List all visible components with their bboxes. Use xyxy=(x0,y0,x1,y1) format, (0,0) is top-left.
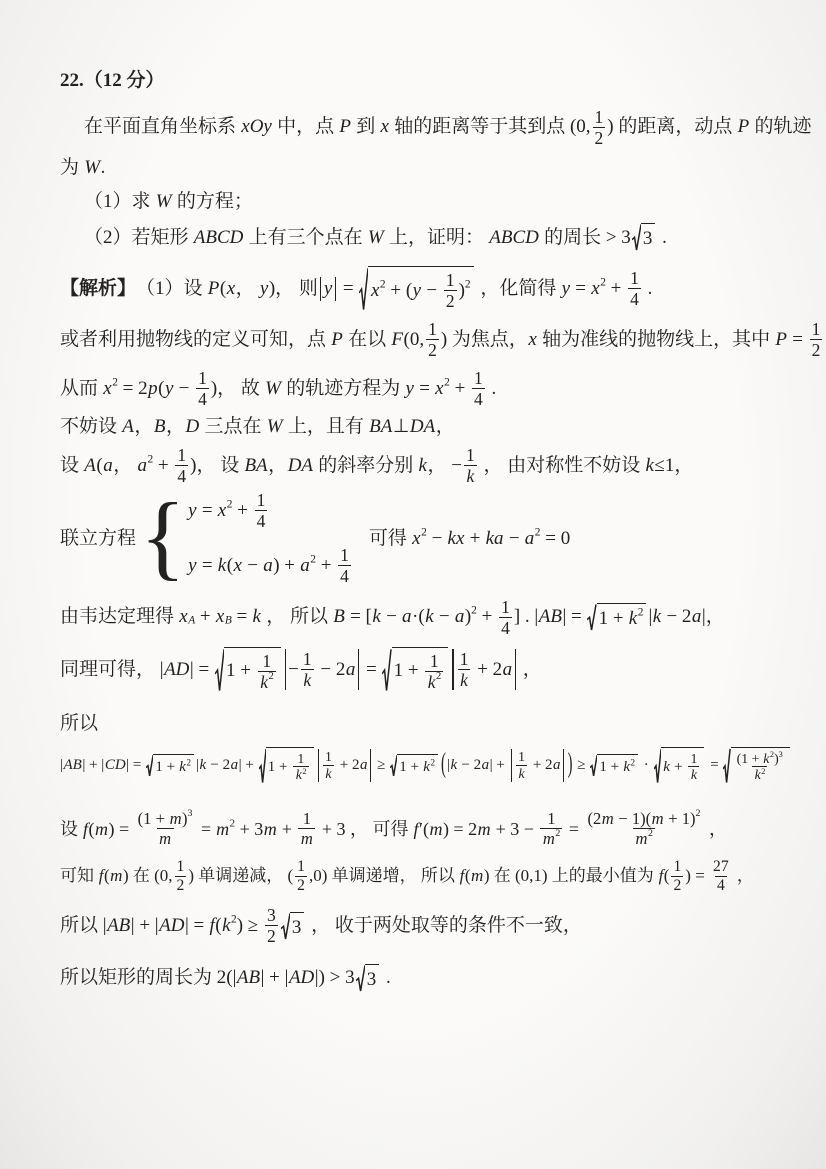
text-run: 1 xyxy=(812,319,821,339)
fraction-numerator: 1 xyxy=(295,858,307,876)
text-run: 1 xyxy=(518,749,525,765)
text-run: |， xyxy=(702,604,725,630)
equation-system: {y = x2 + 14y = k(x − a) + a2 + 14 xyxy=(140,489,353,587)
math-variable: m xyxy=(110,865,123,888)
math-variable: a xyxy=(454,604,465,630)
text-run: − 2 xyxy=(207,755,230,775)
math-variable: x xyxy=(217,498,226,524)
radicand: 1 + 1k2 xyxy=(392,647,449,693)
text-run: ， xyxy=(436,414,455,440)
text-run: 2 xyxy=(446,291,455,311)
text-run: ) 单调递减， ( xyxy=(188,865,293,888)
text-run: − xyxy=(381,604,401,630)
text-run: 1 xyxy=(198,368,207,388)
radicand: 1 + 1k2 xyxy=(266,747,314,785)
fraction-numerator: 1 xyxy=(499,597,512,617)
text-run: ′( xyxy=(419,817,429,841)
math-variable: ka xyxy=(485,526,504,552)
fraction: 12 xyxy=(175,858,187,895)
math-variable: y xyxy=(561,276,570,302)
math-variable: k xyxy=(217,553,226,579)
text-run: = xyxy=(197,498,217,524)
text-run: 1 + xyxy=(399,757,422,777)
superscript: 2 xyxy=(147,452,153,467)
radical-sign-icon xyxy=(654,747,661,785)
math-variable: kx xyxy=(447,526,465,552)
superscript: 2 xyxy=(631,756,636,768)
radical-sign-icon xyxy=(259,747,266,785)
absolute-value-bar xyxy=(563,749,564,782)
text-run: 1 + xyxy=(226,658,256,684)
math-variable: a xyxy=(524,526,535,552)
text-run: )， 则 xyxy=(269,276,318,302)
text-run: 1 + xyxy=(155,757,178,777)
absolute-value-bar xyxy=(452,649,453,690)
fraction-denominator: 2 xyxy=(444,290,457,311)
math-variable: k xyxy=(645,453,654,479)
fraction: 14 xyxy=(499,597,512,638)
fraction-numerator: 27 xyxy=(711,858,731,876)
text-run: + 3 xyxy=(235,817,263,841)
fraction: 1k2 xyxy=(258,651,276,692)
math-variable: y xyxy=(323,276,332,302)
superscript: 3 xyxy=(188,808,193,819)
text-run: ) 在 (0, xyxy=(123,865,173,888)
fraction-denominator: 4 xyxy=(499,617,512,638)
math-variable: k xyxy=(652,604,661,630)
text-run: 从而 xyxy=(60,376,103,402)
math-variable: x xyxy=(226,276,235,302)
math-variable: x xyxy=(591,276,600,302)
math-variable: x xyxy=(103,376,112,402)
fraction-numerator: 1 xyxy=(516,749,527,765)
text-run: 1 xyxy=(262,651,271,671)
absolute-value-bar xyxy=(335,277,336,301)
math-variable: k xyxy=(763,751,770,767)
math-variable: a xyxy=(345,657,356,683)
text-run: 设 xyxy=(60,453,84,479)
text-run: − xyxy=(434,604,454,630)
text-run: (1 + xyxy=(737,751,763,767)
text-run: 1 + xyxy=(394,658,424,684)
math-variable: k xyxy=(623,757,631,777)
absolute-value-bar xyxy=(358,649,359,690)
fraction-numerator: 1 xyxy=(426,319,439,339)
radicand: 1 + k2 xyxy=(597,603,647,632)
text-run: ，化简得 xyxy=(476,276,562,302)
math-group: y xyxy=(318,276,338,302)
math-line: |AB| + |CD| = 1 + k2|k − 2a| + 1 + 1k21k… xyxy=(0,747,826,785)
fraction: 1k xyxy=(516,749,527,782)
math-variable: x xyxy=(179,604,188,630)
fraction-denominator: 2 xyxy=(265,925,278,946)
math-variable: k xyxy=(372,604,381,630)
fraction-denominator: 2 xyxy=(671,876,683,895)
text-run: 在平面直角坐标系 xyxy=(84,114,241,140)
math-variable: k xyxy=(460,670,469,690)
math-variable: m xyxy=(300,829,313,848)
fraction: 14 xyxy=(255,490,268,531)
math-variable: m xyxy=(216,817,230,841)
fraction-numerator: 1 xyxy=(175,858,187,876)
fraction-denominator: m2 xyxy=(540,828,562,848)
math-variable: AB xyxy=(63,755,82,775)
math-variable: AD xyxy=(159,913,185,939)
text-run: . xyxy=(381,965,391,991)
math-variable: xOy xyxy=(241,114,273,140)
math-line: 设 A(a， a2 + 14)， 设 BA，DA 的斜率分别 k， −1k ， … xyxy=(0,444,826,487)
fraction: 1k2 xyxy=(425,651,443,692)
absolute-value-bar xyxy=(511,749,512,782)
text-run: 轴的距离等于其到点 (0, xyxy=(389,114,590,140)
math-variable: B xyxy=(153,414,166,440)
math-variable: ABCD xyxy=(489,225,540,251)
math-variable: m xyxy=(95,817,109,841)
fraction: 1k xyxy=(688,751,699,784)
fraction-numerator: 1 xyxy=(458,649,471,669)
text-run: 3 xyxy=(267,905,276,925)
fraction-numerator: 1 xyxy=(338,545,351,565)
math-line: 【解析】（1）设 P(x， y)， 则y = x2 + (y − 12)2 ，化… xyxy=(0,266,826,312)
text-run: ≥ xyxy=(373,755,389,775)
fraction-numerator: 1 xyxy=(301,649,314,669)
text-run: 的轨迹 xyxy=(750,114,812,140)
superscript: 2 xyxy=(421,525,427,540)
text-run: | = xyxy=(185,913,209,939)
square-root: x2 + (y − 12)2 xyxy=(359,266,473,312)
fraction-numerator: 1 xyxy=(810,319,823,339)
superscript: 2 xyxy=(380,277,386,292)
math-variable: W xyxy=(367,225,384,251)
superscript: 2 xyxy=(186,756,191,768)
fraction-denominator: k xyxy=(516,765,527,782)
text-run: ) 为焦点， xyxy=(441,327,528,353)
math-variable: x xyxy=(370,278,379,304)
text-run: (1 + xyxy=(138,809,169,828)
fraction: 12 xyxy=(295,858,307,895)
math-variable: k xyxy=(754,767,761,783)
math-variable: m xyxy=(429,817,443,841)
radical-sign-icon xyxy=(590,754,597,777)
math-line: （1）求 W 的方程； xyxy=(0,189,826,215)
radicand: 3 xyxy=(365,964,380,993)
fraction: 12 xyxy=(671,858,683,895)
fraction: 12 xyxy=(444,270,457,311)
bold-text-run: 22.（12 分） xyxy=(60,68,165,94)
math-variable: F xyxy=(391,327,404,353)
superscript: 2 xyxy=(310,553,316,568)
square-root: 1 + k2 xyxy=(587,603,646,632)
text-run: 1 xyxy=(325,749,332,765)
equation-row: y = k(x − a) + a2 + 14 xyxy=(188,544,353,587)
superscript: 2 xyxy=(302,766,306,776)
text-run: 1 xyxy=(446,270,455,290)
text-run: 联立方程 xyxy=(60,526,136,552)
radical-sign-icon xyxy=(723,747,730,785)
text-run: | = xyxy=(126,755,145,775)
subscript: A xyxy=(188,614,195,629)
math-variable: k xyxy=(423,757,431,777)
text-run: − xyxy=(242,553,262,579)
math-variable: a xyxy=(103,453,114,479)
text-run: + 2 xyxy=(336,755,359,775)
fraction-denominator: 4 xyxy=(255,510,268,531)
stretched-delimiter: ( xyxy=(441,751,446,780)
fraction-denominator: k xyxy=(464,465,477,486)
math-variable: P xyxy=(331,327,344,353)
fraction-numerator: 1 xyxy=(593,107,606,127)
radical-sign-icon xyxy=(390,754,397,777)
radicand: k + 1k xyxy=(661,747,705,785)
math-group: −1k − 2a xyxy=(283,648,361,691)
fraction-numerator: 1 xyxy=(175,445,188,465)
text-run: 的周长 > 3 xyxy=(539,225,630,251)
text-run: = 0 xyxy=(540,526,570,552)
square-root: 3 xyxy=(281,912,305,941)
math-line: 设 f(m) = (1 + m)3m = m2 + 3m + 1m + 3 ， … xyxy=(0,808,826,849)
superscript: 2 xyxy=(227,497,233,512)
fraction-numerator: (2m − 1)(m + 1)2 xyxy=(585,809,702,828)
fraction-denominator: k2 xyxy=(258,671,276,692)
fraction-denominator: 4 xyxy=(628,288,641,309)
text-run: 为 xyxy=(60,155,84,181)
radicand: 1 + k2 xyxy=(597,754,638,777)
text-run: 1 + xyxy=(268,757,291,777)
text-run: 4 xyxy=(717,877,725,895)
text-run: + xyxy=(195,604,215,630)
text-run: 1 xyxy=(340,545,349,565)
fraction: 14 xyxy=(472,368,485,409)
math-variable: AB xyxy=(236,965,260,991)
fraction-numerator: 1 xyxy=(472,368,485,388)
math-variable: y xyxy=(405,376,414,402)
math-variable: a xyxy=(359,755,368,775)
radical-sign-icon xyxy=(281,912,290,941)
fraction-numerator: (1 + k2)3 xyxy=(735,751,785,767)
fraction-denominator: k2 xyxy=(752,766,767,783)
text-run: 1 xyxy=(297,858,305,876)
text-run: 4 xyxy=(257,511,266,531)
math-line: 22.（12 分） xyxy=(0,68,826,94)
math-variable: k xyxy=(425,604,434,630)
math-variable: m xyxy=(651,809,664,828)
math-variable: a xyxy=(300,553,311,579)
square-root: 1 + 1k2 xyxy=(215,647,281,693)
fraction: 1m xyxy=(298,809,315,848)
math-variable: CD xyxy=(104,755,126,775)
fraction: 12 xyxy=(810,319,823,360)
math-variable: BA xyxy=(244,453,268,479)
radical-sign-icon xyxy=(587,603,596,632)
text-run: 或者利用抛物线的定义可知，点 xyxy=(60,327,331,353)
math-variable: y xyxy=(188,553,197,579)
fraction-numerator: (1 + m)3 xyxy=(136,809,195,828)
text-run: ⊥ xyxy=(393,414,410,440)
text-run: = xyxy=(571,276,591,302)
text-run: 所以 | xyxy=(60,913,107,939)
subscript: B xyxy=(225,614,232,629)
fraction-denominator: m2 xyxy=(633,828,655,848)
math-variable: a xyxy=(263,553,274,579)
fraction-denominator: 4 xyxy=(472,388,485,409)
math-line: 不妨设 A，B，D 三点在 W 上，且有 BA⊥DA， xyxy=(0,414,826,440)
text-run: )， 故 xyxy=(211,376,265,402)
text-run: . xyxy=(101,155,106,181)
text-run: 27 xyxy=(713,858,729,876)
text-run: ， xyxy=(113,453,137,479)
fraction-denominator: k2 xyxy=(425,671,443,692)
math-group: 1k + 2a xyxy=(316,748,374,783)
superscript: 2 xyxy=(555,828,560,839)
text-run: 2 xyxy=(177,877,185,895)
fraction: 1m2 xyxy=(540,809,562,848)
text-run: − 2 xyxy=(458,755,481,775)
text-run: 的轨迹方程为 xyxy=(282,376,406,402)
text-run: = xyxy=(414,376,434,402)
text-run: ) 的距离，动点 xyxy=(607,114,737,140)
superscript: 2 xyxy=(436,671,441,683)
fraction-numerator: 1 xyxy=(196,368,209,388)
text-run: ] . | xyxy=(514,604,538,630)
fraction-denominator: k xyxy=(323,765,334,782)
fraction-denominator: 2 xyxy=(426,339,439,360)
absolute-value-bar xyxy=(320,277,321,301)
fraction-numerator: 1 xyxy=(688,751,699,767)
text-run: 1 xyxy=(430,651,439,671)
math-line: 所以 xyxy=(0,711,826,737)
math-variable: A xyxy=(122,414,135,440)
math-variable: a xyxy=(553,755,562,775)
math-line: 联立方程{y = x2 + 14y = k(x − a) + a2 + 14可得… xyxy=(0,489,826,587)
text-run: = 2 xyxy=(118,376,148,402)
fraction-denominator: m xyxy=(157,828,174,848)
text-run: |) > 3 xyxy=(315,965,355,991)
text-run: . xyxy=(657,225,667,251)
text-run: | = xyxy=(190,657,214,683)
text-run: − 2 xyxy=(662,604,692,630)
text-run: ) = xyxy=(109,817,134,841)
math-variable: a xyxy=(481,755,490,775)
text-run: 2 xyxy=(595,128,604,148)
text-run: − 2 xyxy=(316,657,346,683)
text-run: ， xyxy=(518,657,542,683)
text-run: 1 xyxy=(428,319,437,339)
text-run: ， 由对称性不妨设 xyxy=(479,453,645,479)
math-variable: y xyxy=(164,376,173,402)
radical-sign-icon xyxy=(382,647,391,693)
radical-sign-icon xyxy=(215,647,224,693)
fraction-numerator: 1 xyxy=(545,809,557,828)
math-line: 在平面直角坐标系 xOy 中，点 P 到 x 轴的距离等于其到点 (0,12) … xyxy=(0,106,826,149)
text-run: − 1)( xyxy=(614,809,651,828)
text-run: 2 xyxy=(267,926,276,946)
text-run: 1 xyxy=(595,107,604,127)
math-variable: m xyxy=(471,865,484,888)
text-run: + xyxy=(153,453,173,479)
text-run: ) ≥ xyxy=(237,913,263,939)
math-variable: DA xyxy=(409,414,435,440)
text-run: + xyxy=(606,276,626,302)
math-variable: x xyxy=(233,553,242,579)
text-run: 1 xyxy=(460,649,469,669)
text-run: 1 xyxy=(257,490,266,510)
math-variable: ABCD xyxy=(193,225,244,251)
fraction: (1 + m)3m xyxy=(136,809,195,848)
fraction-denominator: m xyxy=(298,828,315,848)
fraction: 32 xyxy=(265,905,278,946)
text-run: 1 xyxy=(303,809,311,828)
text-run: = xyxy=(232,604,252,630)
text-run: = xyxy=(338,276,358,302)
text-run: = [ xyxy=(345,604,372,630)
math-variable: k xyxy=(260,672,269,692)
text-run: 1 xyxy=(466,445,475,465)
radical-sign-icon xyxy=(632,223,641,252)
fraction: 274 xyxy=(711,858,731,895)
fraction-numerator: 1 xyxy=(260,651,273,671)
math-variable: k xyxy=(427,672,436,692)
text-run: 的方程； xyxy=(172,189,253,215)
text-run: ， − xyxy=(427,453,461,479)
absolute-value-bar xyxy=(515,649,516,690)
text-run: ·( xyxy=(412,604,425,630)
math-variable: x xyxy=(380,114,389,140)
math-line: 为 W. xyxy=(0,155,826,181)
fraction-numerator: 1 xyxy=(301,809,313,828)
text-run: 由韦达定理得 xyxy=(60,604,179,630)
radicand: 1 + k2 xyxy=(153,754,194,777)
text-run: + xyxy=(670,757,686,777)
math-variable: k xyxy=(466,466,475,486)
math-variable: W xyxy=(265,376,282,402)
text-run: 在以 xyxy=(343,327,391,353)
text-run: 到 xyxy=(351,114,380,140)
square-root: 1 + k2 xyxy=(146,754,194,777)
text-run: + xyxy=(316,553,336,579)
superscript: 2 xyxy=(535,525,541,540)
text-run: 4 xyxy=(630,289,639,309)
math-line: 同理可得， |AD| = 1 + 1k2−1k − 2a = 1 + 1k21k… xyxy=(0,647,826,693)
text-run: · xyxy=(640,755,653,775)
absolute-value-bar xyxy=(285,649,286,690)
radical-sign-icon xyxy=(146,754,153,777)
text-run: （1）求 xyxy=(84,189,155,215)
text-run: . xyxy=(643,276,653,302)
square-root: 3 xyxy=(632,223,656,252)
text-run: − xyxy=(288,657,299,683)
fraction-numerator: 1 xyxy=(323,749,334,765)
math-variable: k xyxy=(303,670,312,690)
text-run: ， xyxy=(704,817,727,841)
superscript: 2 xyxy=(770,750,774,760)
text-run: 设 xyxy=(60,817,83,841)
math-variable: a xyxy=(137,453,148,479)
text-run: = xyxy=(361,657,381,683)
document-page: 22.（12 分）在平面直角坐标系 xOy 中，点 P 到 x 轴的距离等于其到… xyxy=(0,0,826,1169)
fraction-numerator: 1 xyxy=(464,445,477,465)
math-line: 所以矩形的周长为 2(|AB| + |AD|) > 33 . xyxy=(0,964,826,993)
math-variable: AD xyxy=(288,965,314,991)
text-run: 1 xyxy=(673,858,681,876)
fraction-numerator: 1 xyxy=(444,270,457,290)
math-line: 所以 |AB| + |AD| = f(k2) ≥ 323 ， 收于两处取等的条件… xyxy=(0,904,826,947)
text-run: 上，且有 xyxy=(283,414,369,440)
text-run: = xyxy=(787,327,807,353)
text-run: ( xyxy=(664,865,670,888)
text-run: + xyxy=(465,526,485,552)
text-run: 1 xyxy=(177,858,185,876)
radicand: 3 xyxy=(290,912,305,941)
